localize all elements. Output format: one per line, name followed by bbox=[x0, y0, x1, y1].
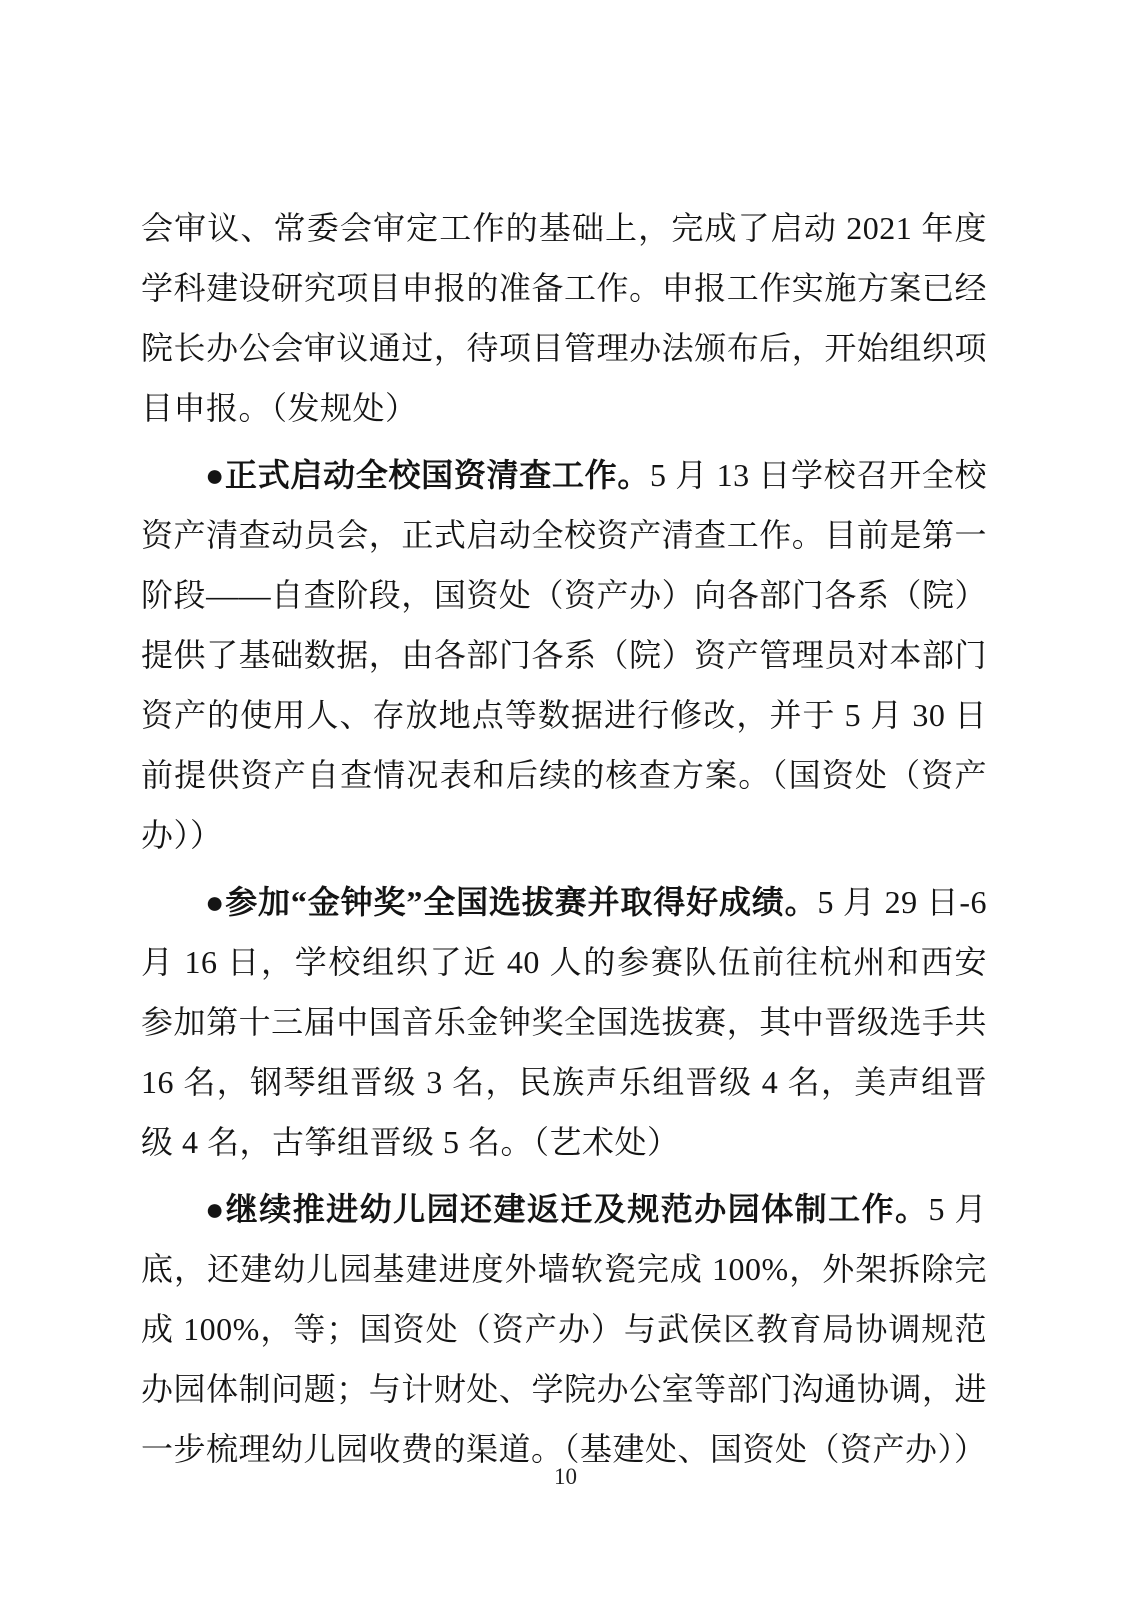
paragraph: ●参加“金钟奖”全国选拔赛并取得好成绩。5 月 29 日-6 月 16 日，学校… bbox=[141, 872, 987, 1172]
paragraph: ●继续推进幼儿园还建返迁及规范办园体制工作。5 月底，还建幼儿园基建进度外墙软瓷… bbox=[141, 1179, 987, 1479]
paragraph-body: 5 月 13 日学校召开全校资产清查动员会，正式启动全校资产清查工作。目前是第一… bbox=[141, 457, 987, 853]
document-page: 会审议、常委会审定工作的基础上，完成了启动 2021 年度学科建设研究项目申报的… bbox=[0, 0, 1131, 1600]
paragraph-heading: ●正式启动全校国资清查工作。 bbox=[205, 457, 650, 493]
paragraph: 会审议、常委会审定工作的基础上，完成了启动 2021 年度学科建设研究项目申报的… bbox=[141, 198, 987, 438]
paragraph-heading: ●参加“金钟奖”全国选拔赛并取得好成绩。 bbox=[205, 884, 818, 920]
paragraph-body: 5 月 29 日-6 月 16 日，学校组织了近 40 人的参赛队伍前往杭州和西… bbox=[141, 884, 987, 1160]
paragraph-body: 5 月底，还建幼儿园基建进度外墙软瓷完成 100%，外架拆除完成 100%，等；… bbox=[141, 1191, 987, 1467]
text-block: 会审议、常委会审定工作的基础上，完成了启动 2021 年度学科建设研究项目申报的… bbox=[141, 198, 987, 1479]
paragraph-body: 会审议、常委会审定工作的基础上，完成了启动 2021 年度学科建设研究项目申报的… bbox=[141, 210, 987, 426]
paragraph-heading: ●继续推进幼儿园还建返迁及规范办园体制工作。 bbox=[205, 1191, 929, 1227]
page-number: 10 bbox=[0, 1462, 1131, 1492]
paragraph: ●正式启动全校国资清查工作。5 月 13 日学校召开全校资产清查动员会，正式启动… bbox=[141, 445, 987, 865]
